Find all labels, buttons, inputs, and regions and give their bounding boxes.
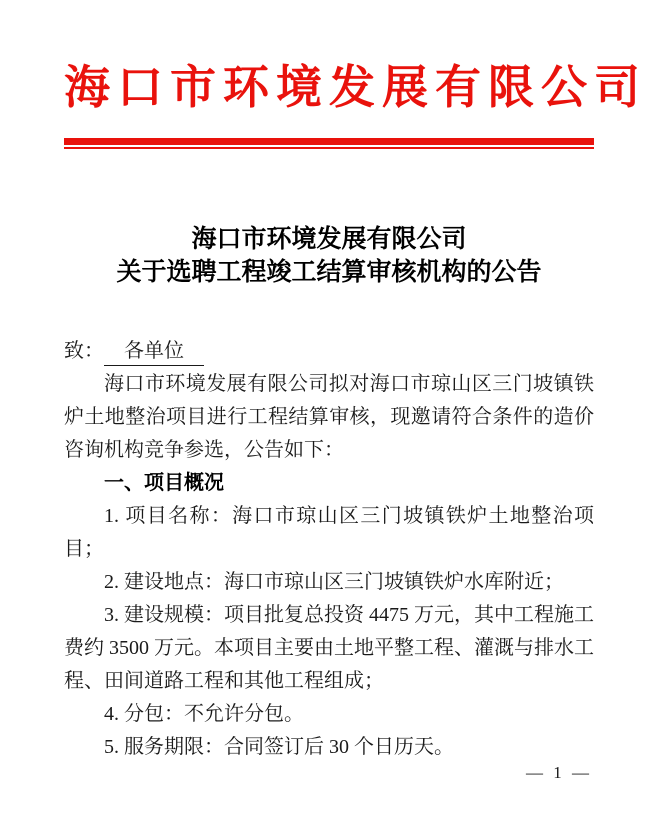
section-heading-project-overview: 一、项目概况 (64, 467, 594, 500)
item-subcontracting: 4. 分包：不允许分包。 (64, 698, 594, 731)
document-title-line1: 海口市环境发展有限公司 (64, 223, 594, 256)
item-construction-scale: 3. 建设规模：项目批复总投资 4475 万元，其中工程施工费约 3500 万元… (64, 599, 594, 698)
letterhead-double-rule (64, 138, 594, 149)
page-number: — 1 — (526, 763, 592, 783)
salutation-label: 致： (64, 340, 104, 362)
document-title-line2: 关于选聘工程竣工结算审核机构的公告 (64, 256, 594, 289)
letterhead-rule-thick (64, 138, 594, 145)
item-construction-location: 2. 建设地点：海口市琼山区三门坡镇铁炉水库附近； (64, 566, 594, 599)
document-page: 海口市环境发展有限公司 海口市环境发展有限公司 关于选聘工程竣工结算审核机构的公… (0, 0, 658, 813)
letterhead-company-title: 海口市环境发展有限公司 (64, 60, 594, 116)
document-body: 致：各单位 海口市环境发展有限公司拟对海口市琼山区三门坡镇铁炉土地整治项目进行工… (64, 335, 594, 764)
item-service-period: 5. 服务期限：合同签订后 30 个日历天。 (64, 731, 594, 764)
intro-paragraph: 海口市环境发展有限公司拟对海口市琼山区三门坡镇铁炉土地整治项目进行工程结算审核，… (64, 368, 594, 467)
salutation-recipient: 各单位 (104, 338, 204, 366)
item-project-name: 1. 项目名称：海口市琼山区三门坡镇铁炉土地整治项目； (64, 500, 594, 566)
document-title: 海口市环境发展有限公司 关于选聘工程竣工结算审核机构的公告 (64, 223, 594, 289)
letterhead-rule-thin (64, 147, 594, 149)
salutation-line: 致：各单位 (64, 335, 594, 368)
